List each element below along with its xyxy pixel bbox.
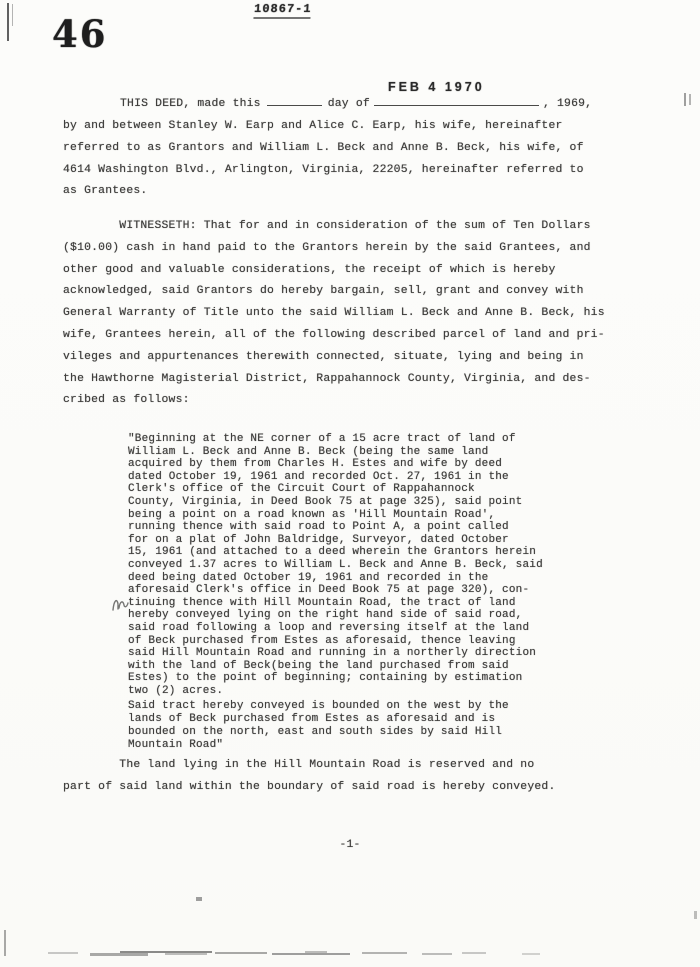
- bottom-scan-noise: [215, 952, 267, 954]
- bottom-scan-noise: [422, 953, 452, 955]
- opening-body-text: by and between Stanley W. Earp and Alice…: [63, 116, 623, 203]
- day-blank-line: [267, 94, 322, 106]
- bottom-scan-noise: [272, 953, 350, 955]
- left-edge-mark: [4, 930, 6, 956]
- right-edge-mark: [689, 94, 691, 105]
- witnesseth-paragraph: WITNESSETH: That for and in consideratio…: [63, 216, 623, 412]
- right-edge-mark: [694, 911, 697, 919]
- bottom-scan-noise: [362, 952, 407, 954]
- scanned-deed-page: 10867-1 46 THIS DEED, made this day of F…: [0, 0, 700, 967]
- left-edge-mark: [12, 4, 13, 26]
- bottom-scan-noise: [48, 952, 78, 954]
- bottom-scan-noise: [305, 951, 327, 953]
- opening-paragraph: THIS DEED, made this day of FEB 4 1970 ,…: [63, 94, 623, 203]
- left-edge-mark: [7, 3, 9, 41]
- boundary-note-block: Said tract hereby conveyed is bounded on…: [128, 700, 558, 752]
- date-stamp: FEB 4 1970: [388, 80, 485, 94]
- bottom-scan-noise: [165, 953, 207, 955]
- opening-line: THIS DEED, made this day of FEB 4 1970 ,…: [63, 94, 623, 116]
- smudge-mark: [196, 897, 202, 901]
- document-ref-number: 10867-1: [253, 2, 312, 19]
- bottom-scan-noise: [522, 953, 540, 955]
- right-edge-mark: [684, 93, 686, 106]
- bottom-scan-noise: [90, 953, 148, 956]
- opening-day-of: day of: [328, 98, 370, 110]
- legal-description-block: "Beginning at the NE corner of a 15 acre…: [128, 433, 558, 697]
- bottom-scan-noise: [462, 952, 486, 954]
- footer-page-number: -1-: [0, 839, 700, 851]
- opening-intro: THIS DEED, made this: [120, 98, 261, 110]
- handwritten-margin-mark: [110, 592, 132, 618]
- opening-year: , 1969,: [543, 98, 592, 110]
- page-number-stamp: 46: [52, 12, 108, 56]
- date-blank-line: FEB 4 1970: [374, 94, 539, 106]
- road-reservation-paragraph: The land lying in the Hill Mountain Road…: [63, 755, 643, 799]
